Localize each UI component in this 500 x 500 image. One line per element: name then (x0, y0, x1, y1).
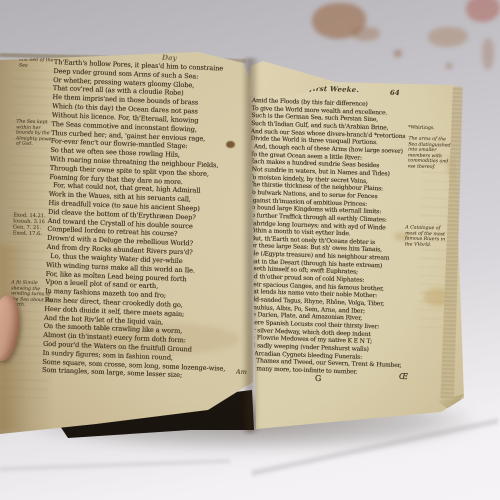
page-number: 64 (390, 88, 400, 97)
margin-note-bed-of-sea: and bed of the Sea (19, 58, 55, 70)
left-running-header: Day (162, 53, 177, 63)
signature-mark: G (315, 374, 322, 383)
right-page-verse-block: Amid the Floods (by this fair difference… (243, 97, 428, 378)
left-page-verse-block: Th'Earth's hollow Pores, it pleas'd him … (42, 58, 252, 383)
photo-antique-book-spread: Day and bed of the Sea The Sea kept with… (0, 0, 500, 500)
cloth-wrinkle (0, 448, 230, 482)
gutter-shadow (242, 58, 259, 433)
end-ornament: Œ (399, 372, 408, 381)
